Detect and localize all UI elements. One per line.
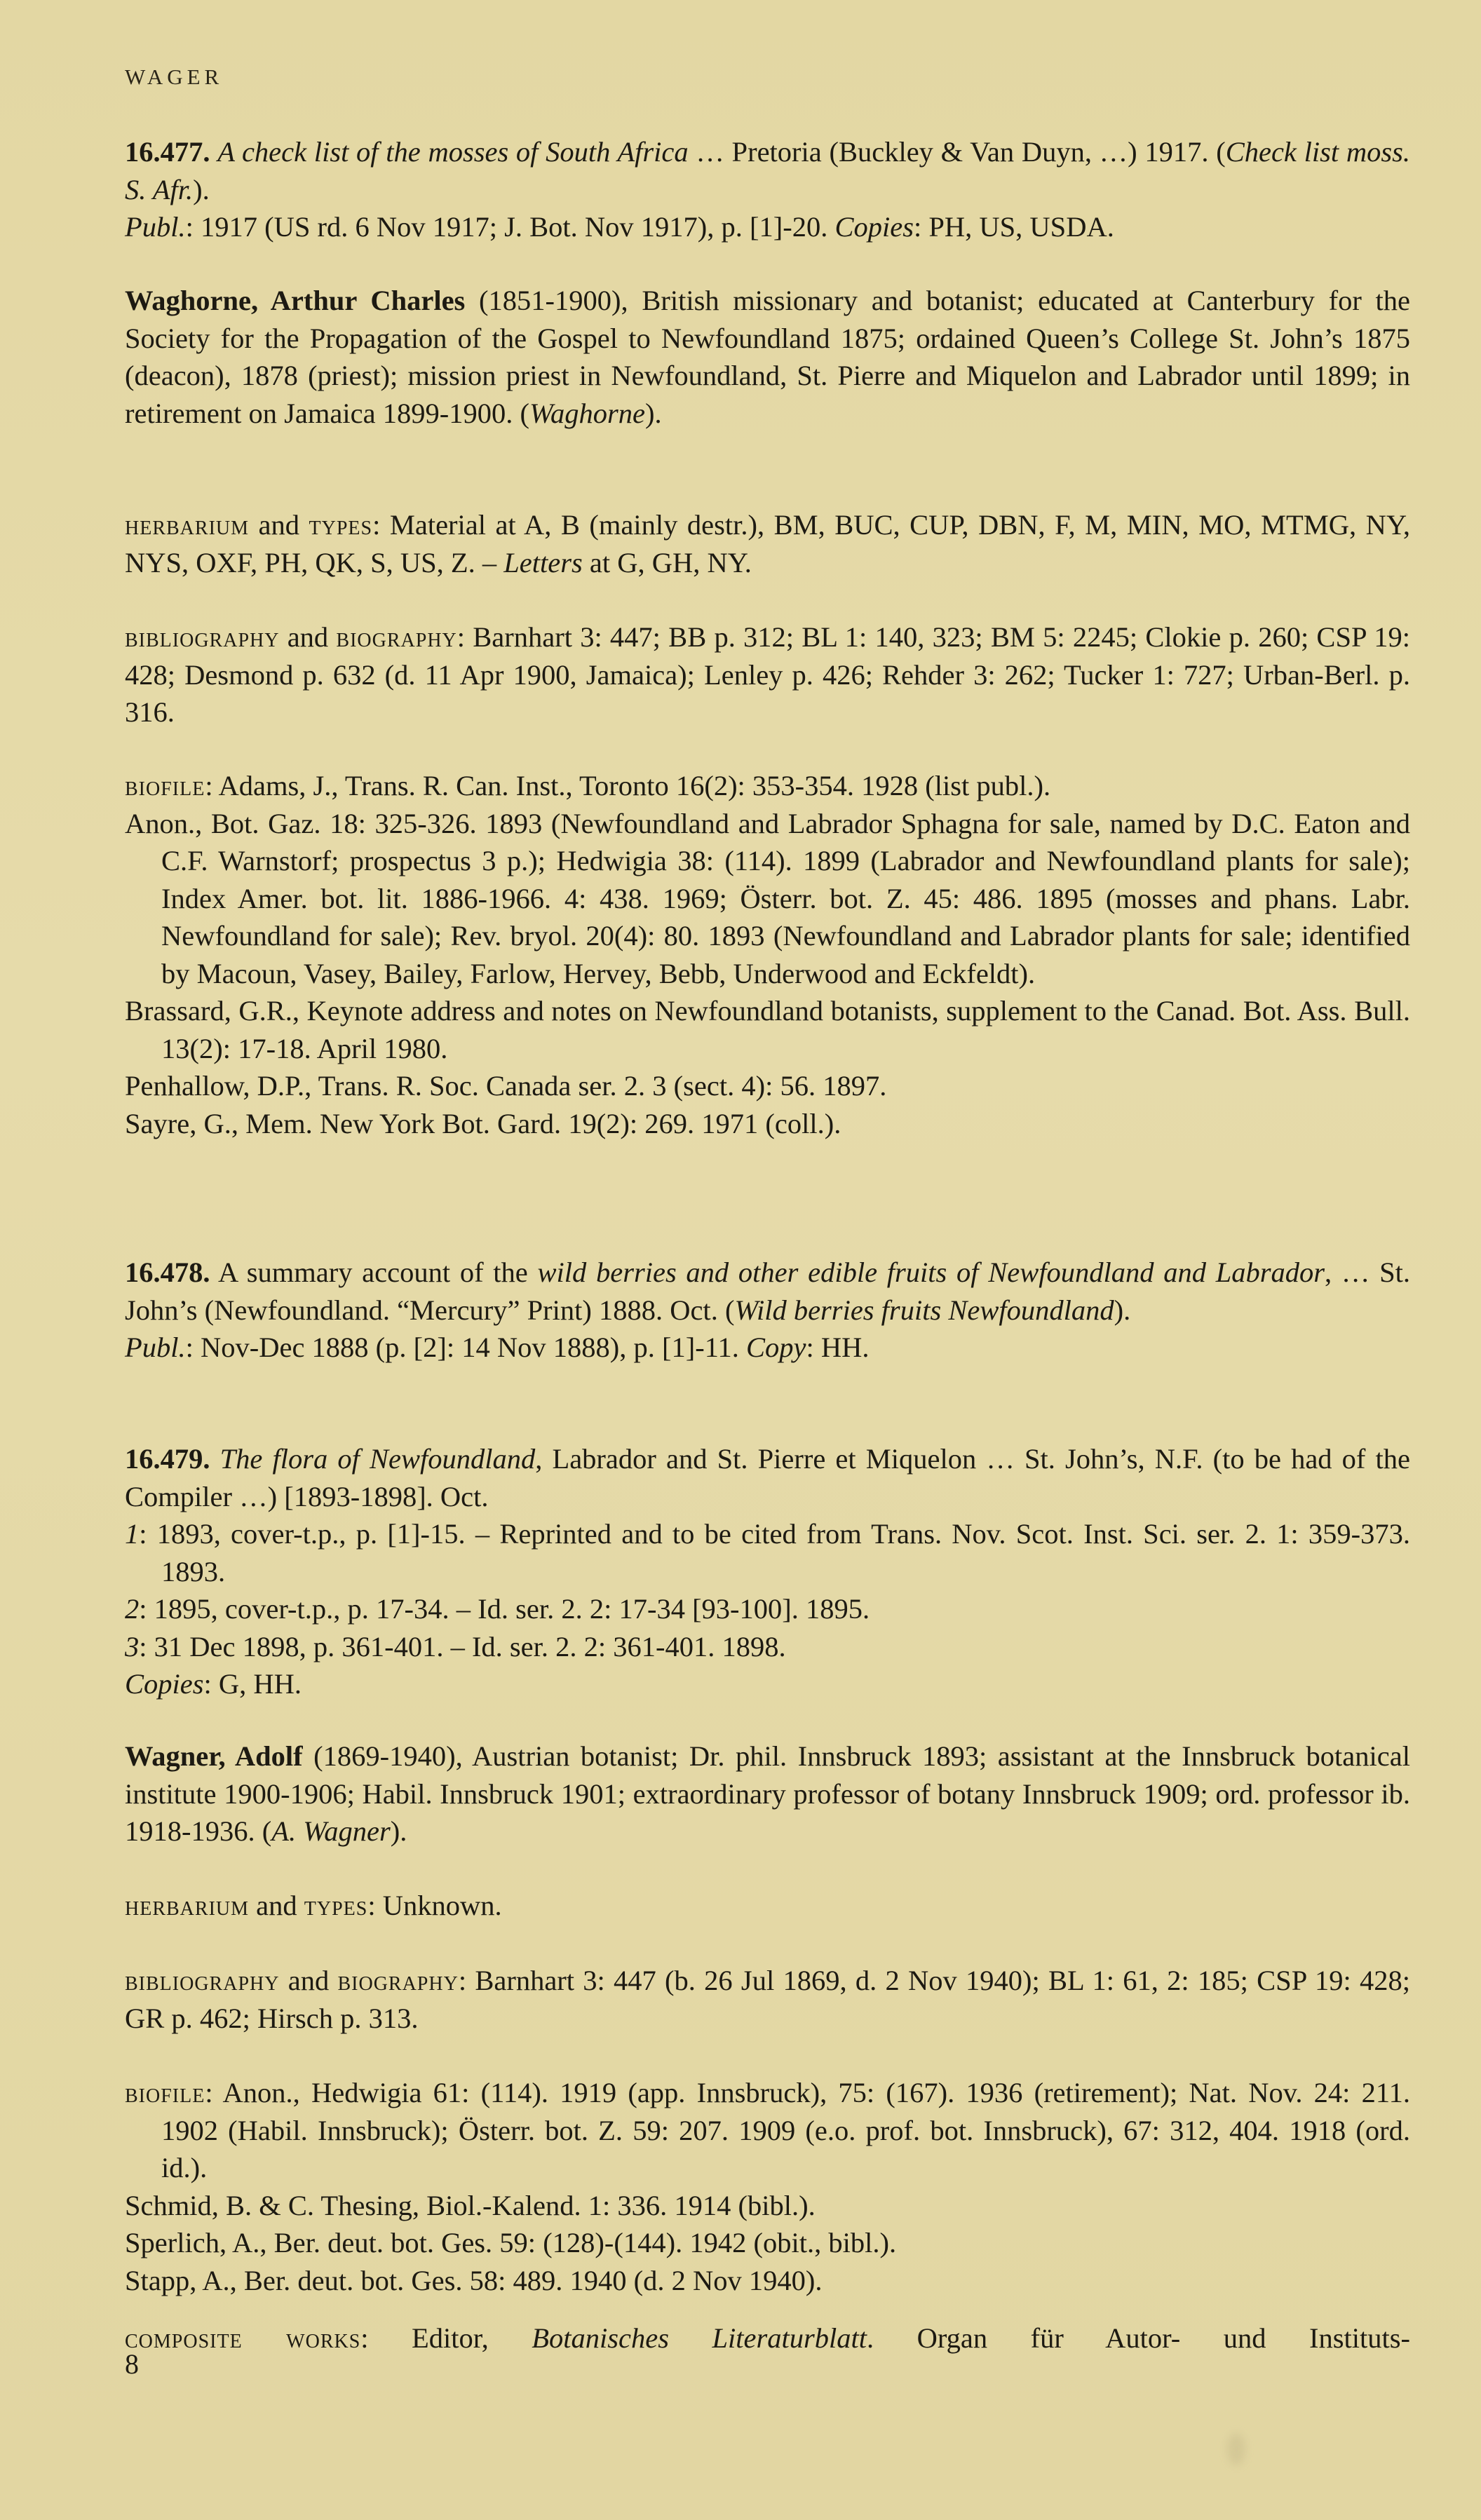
section-label: Types: [309, 509, 373, 541]
entry-short-title: Wild berries fruits Newfoundland: [734, 1294, 1114, 1326]
composite-title: Botanisches Literaturblatt: [532, 2322, 867, 2354]
publ-label: Publ.: [125, 1332, 186, 1363]
entry-16478: 16.478. A summary account of the wild be…: [125, 1254, 1410, 1367]
publ-text: : Nov-Dec 1888 (p. [2]: 14 Nov 1888), p.…: [186, 1332, 746, 1363]
herbarium-section: Herbarium and Types: Material at A, B (m…: [125, 506, 1410, 581]
composite-works-section: Composite works: Editor, Botanisches Lit…: [125, 2319, 1410, 2357]
publ-text: : 1917 (US rd. 6 Nov 1917; J. Bot. Nov 1…: [186, 211, 835, 243]
biofile-item: Anon., Hedwigia 61: (114). 1919 (app. In…: [161, 2077, 1410, 2183]
author-name: Wagner, Adolf: [125, 1740, 303, 1772]
bibliography-section: Bibliography and Biography: Barnhart 3: …: [125, 1962, 1410, 2037]
bibliography-section: Bibliography and Biography: Barnhart 3: …: [125, 618, 1410, 731]
biofile-item: Stapp, A., Ber. deut. bot. Ges. 58: 489.…: [125, 2265, 822, 2296]
copies-label: Copies: [125, 1668, 204, 1700]
paper-stain: [1227, 2433, 1245, 2465]
entry-number: 16.477.: [125, 136, 210, 168]
section-label: Biography: [336, 621, 457, 653]
entry-title: A check list of the mosses of South Afri…: [217, 136, 688, 168]
entry-title: The flora of Newfoundland: [210, 1443, 536, 1475]
section-label: Herbarium: [125, 509, 249, 541]
section-label: Types: [304, 1890, 368, 1921]
biofile-item: Schmid, B. & C. Thesing, Biol.-Kalend. 1…: [125, 2190, 816, 2221]
part-text: : 31 Dec 1898, p. 361-401. – Id. ser. 2.…: [139, 1631, 785, 1662]
section-label: Composite works: [125, 2322, 360, 2354]
part-text: : 1893, cover-t.p., p. [1]-15. – Reprint…: [139, 1518, 1410, 1587]
copy-label: Copy: [746, 1332, 806, 1363]
part-text: : 1895, cover-t.p., p. 17-34. – Id. ser.…: [139, 1593, 870, 1625]
biofile-section: Biofile: Adams, J., Trans. R. Can. Inst.…: [125, 767, 1410, 1142]
author-name: Waghorne, Arthur Charles: [125, 285, 465, 316]
author-abbrev: Waghorne: [529, 398, 645, 429]
section-label: Biofile: [125, 2077, 205, 2108]
entry-imprint: … Pretoria (Buckley & Van Duyn, …) 1917.…: [689, 136, 1226, 168]
copies-label: Copies: [834, 211, 914, 243]
publ-label: Publ.: [125, 211, 186, 243]
herbarium-section: Herbarium and Types: Unknown.: [125, 1887, 1410, 1925]
biofile-item: Anon., Bot. Gaz. 18: 325-326. 1893 (Newf…: [125, 808, 1410, 989]
entry-16477: 16.477. A check list of the mosses of So…: [125, 133, 1410, 246]
part-label: 2: [125, 1593, 139, 1625]
biofile-section: Biofile: Anon., Hedwigia 61: (114). 1919…: [125, 2074, 1410, 2299]
part-label: 1: [125, 1518, 139, 1550]
biofile-item: Adams, J., Trans. R. Can. Inst., Toronto…: [218, 770, 1050, 801]
section-label: Bibliography: [125, 621, 279, 653]
entry-title: wild berries and other edible fruits of …: [537, 1256, 1325, 1288]
part-label: 3: [125, 1631, 139, 1662]
author-wagner: Wagner, Adolf (1869-1940), Austrian bota…: [125, 1737, 1410, 1850]
section-label: Biography: [337, 1965, 458, 1996]
section-label: Bibliography: [125, 1965, 279, 1996]
copies-text: : G, HH.: [204, 1668, 302, 1700]
entry-number: 16.479.: [125, 1443, 210, 1475]
entry-number: 16.478.: [125, 1256, 210, 1288]
biofile-item: Sperlich, A., Ber. deut. bot. Ges. 59: (…: [125, 2227, 896, 2258]
entry-16479: 16.479. The flora of Newfoundland, Labra…: [125, 1440, 1410, 1703]
section-label: Biofile: [125, 770, 205, 801]
section-label: Herbarium: [125, 1890, 249, 1921]
biofile-item: Brassard, G.R., Keynote address and note…: [125, 995, 1410, 1064]
biofile-item: Penhallow, D.P., Trans. R. Soc. Canada s…: [125, 1070, 886, 1102]
copy-text: : HH.: [806, 1332, 869, 1363]
running-head: WAGER: [125, 65, 223, 90]
herbarium-text: : Unknown.: [367, 1890, 501, 1921]
author-abbrev: A. Wagner: [271, 1815, 391, 1847]
copies-text: : PH, US, USDA.: [914, 211, 1114, 243]
biofile-item: Sayre, G., Mem. New York Bot. Gard. 19(2…: [125, 1108, 841, 1139]
author-waghorne: Waghorne, Arthur Charles (1851-1900), Br…: [125, 282, 1410, 432]
page-number: 8: [125, 2348, 139, 2380]
